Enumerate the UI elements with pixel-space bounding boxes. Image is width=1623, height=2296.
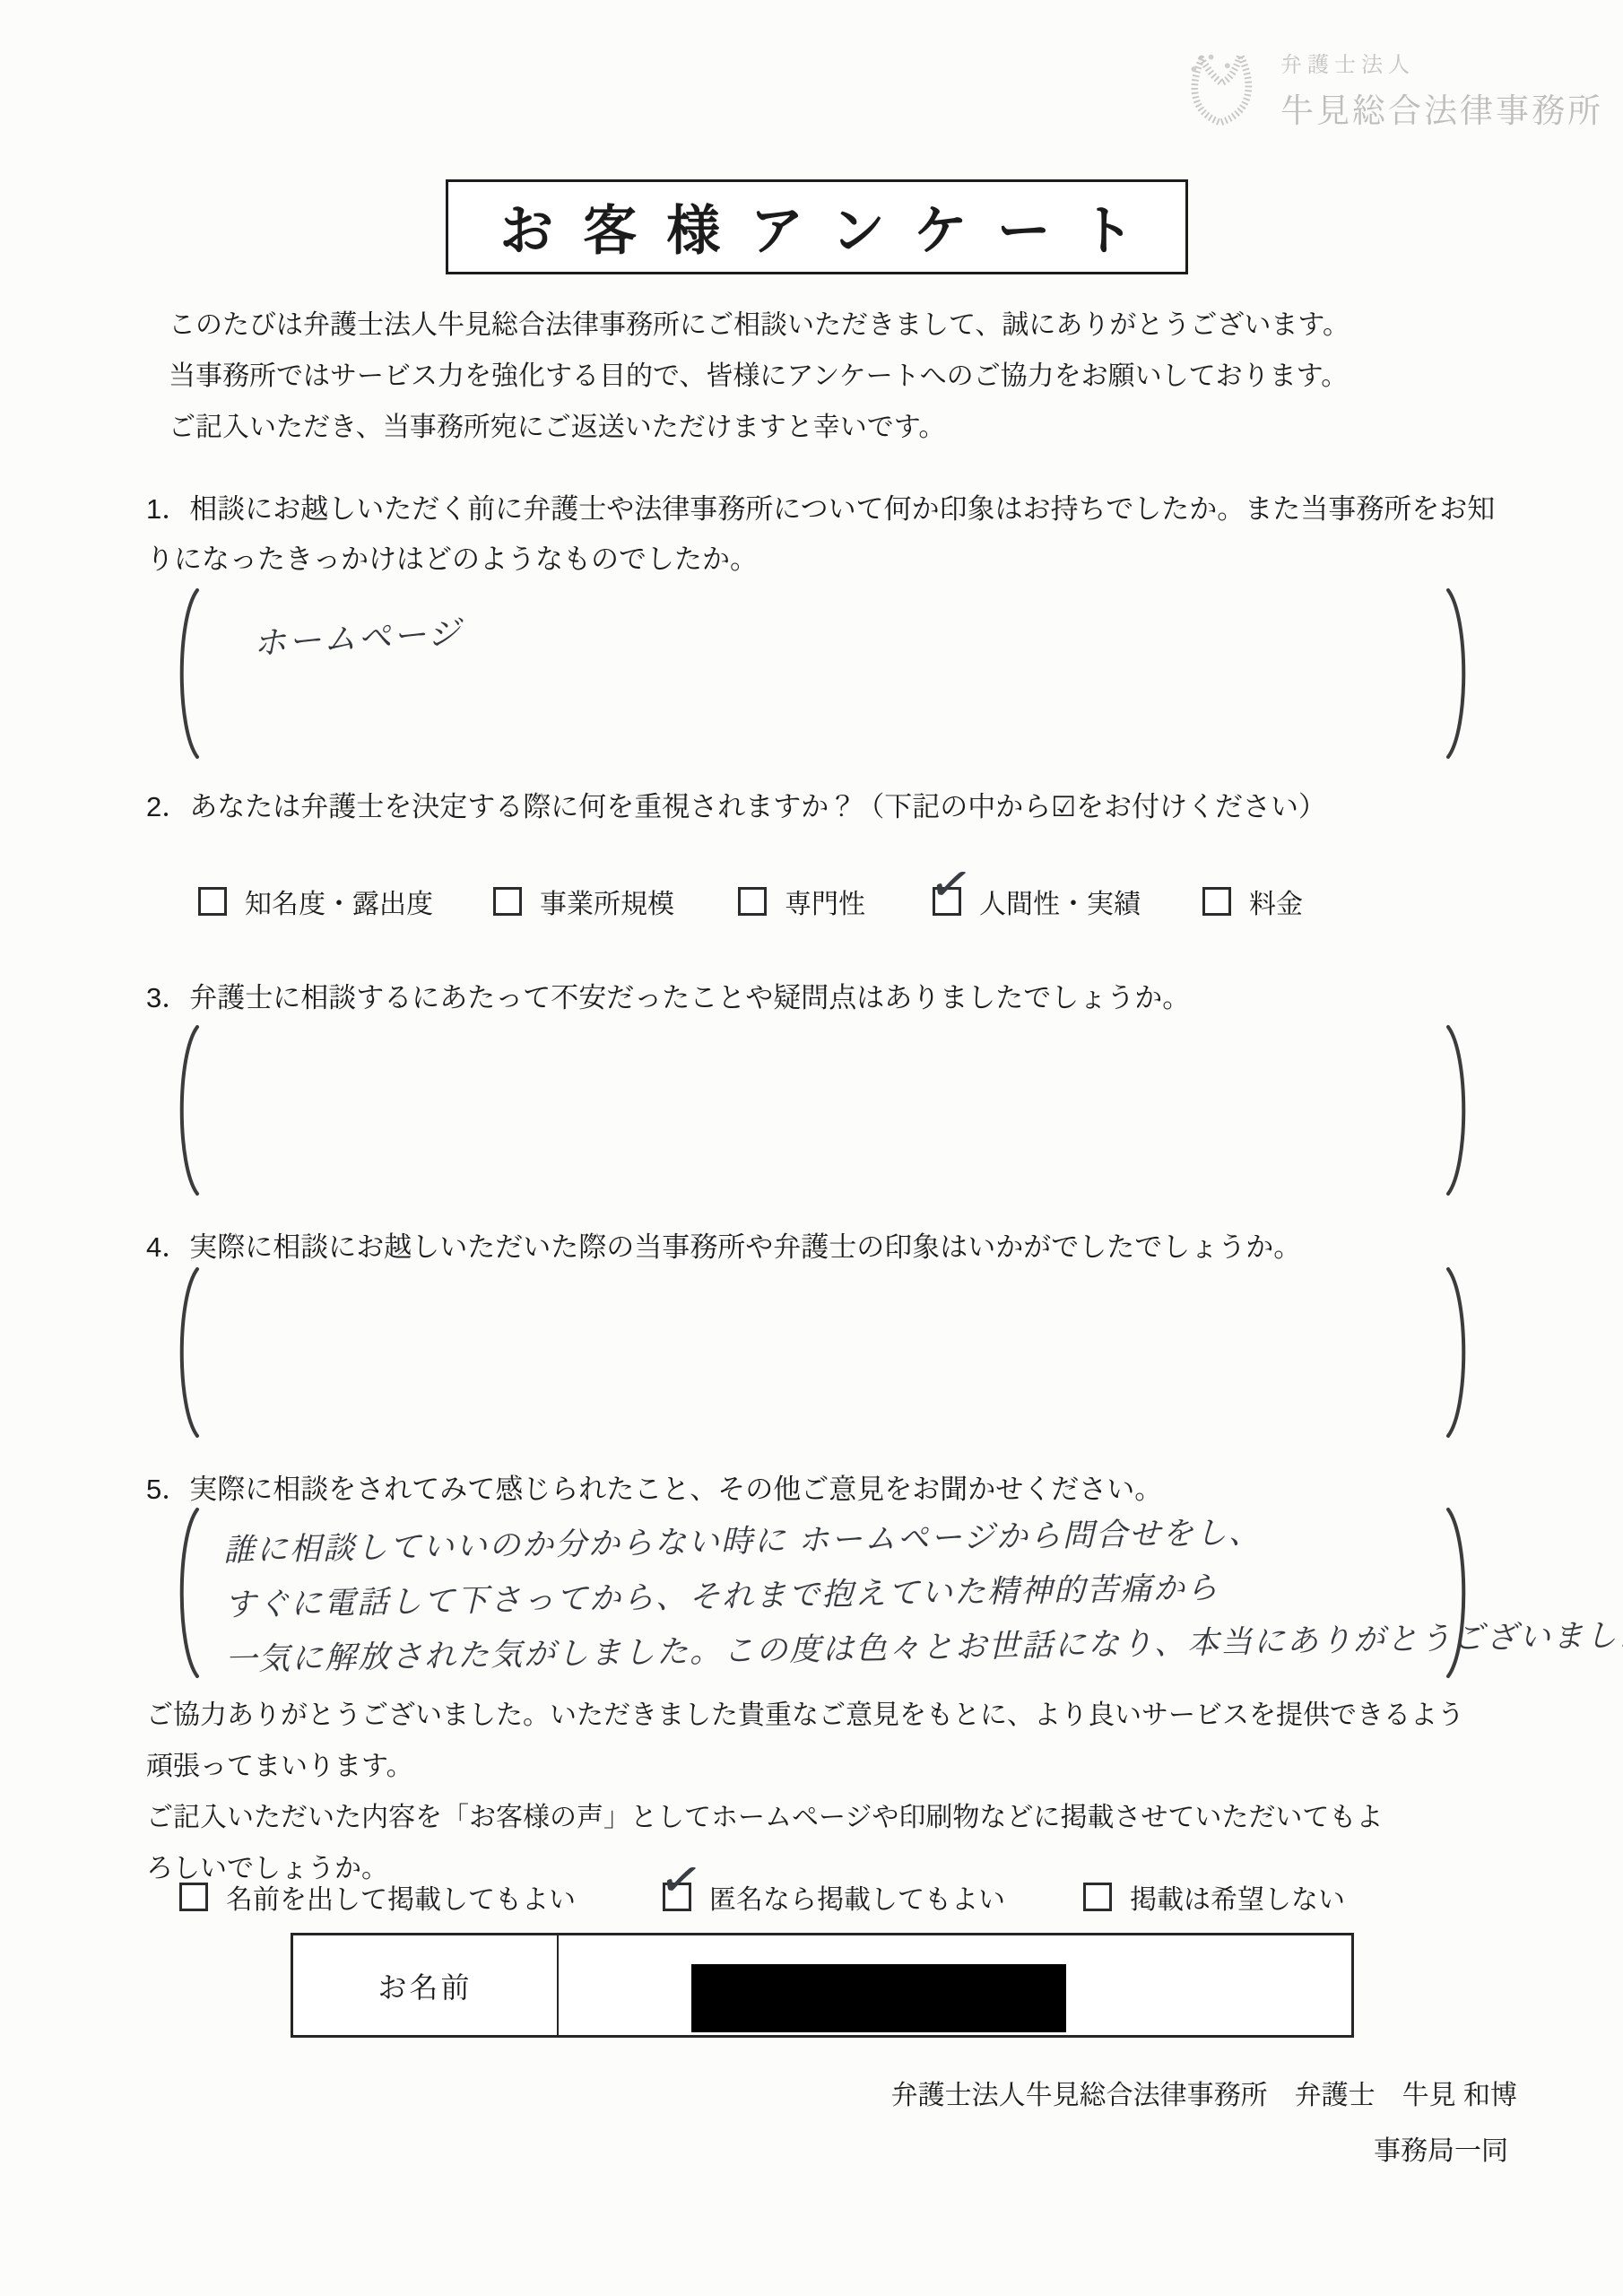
answer-bracket-left-icon	[170, 1024, 201, 1196]
q4-answer-area[interactable]	[170, 1266, 1475, 1439]
pub-option-no-publish: ✓ 掲載は希望しない	[1083, 1876, 1345, 1918]
publication-options-row: ✓ 名前を出して掲載してもよい ✓ 匿名なら掲載してもよい ✓ 掲載は希望しない	[0, 1876, 1623, 1926]
option-label: 知名度・露出度	[245, 882, 433, 921]
checkbox-publish-anonymous[interactable]: ✓	[663, 1883, 691, 1911]
q2-option-personality: ✓ 人間性・実績	[933, 881, 1141, 922]
question-4-label: 4．実際に相談にお越しいただいた際の当事務所や弁護士の印象はいかがでしたでしょう…	[146, 1222, 1520, 1273]
option-label: 掲載は希望しない	[1130, 1877, 1345, 1917]
question-1-label: 1．相談にお越しいただく前に弁護士や法律事務所について何か印象はお持ちでしたか。…	[146, 484, 1520, 585]
q2-option-firm-size: ✓ 事業所規模	[493, 881, 674, 922]
question-1-text: 1．相談にお越しいただく前に弁護士や法律事務所について何か印象はお持ちでしたか。…	[146, 484, 1520, 585]
checkbox-publish-with-name[interactable]: ✓	[179, 1883, 208, 1911]
q3-answer-area[interactable]	[170, 1024, 1475, 1196]
question-3-label: 3．弁護士に相談するにあたって不安だったことや疑問点はありましたでしょうか。	[146, 973, 1520, 1023]
survey-title: お客様アンケート	[499, 188, 1163, 265]
checkbox-no-publish[interactable]: ✓	[1083, 1883, 1112, 1911]
intro-line: このたびは弁護士法人牛見総合法律事務所にご相談いただきまして、誠にありがとうござ…	[169, 300, 1514, 351]
footer-firm-line: 弁護士法人牛見総合法律事務所 弁護士 牛見 和博	[891, 2068, 1517, 2124]
question-2-text: 2．あなたは弁護士を決定する際に何を重視されますか？（下記の中から☑をお付けくだ…	[146, 782, 1520, 832]
name-field-value[interactable]	[559, 1935, 1351, 2035]
answer-bracket-right-icon	[1445, 587, 1475, 760]
firm-logo-icon	[1180, 41, 1266, 142]
option-label: 人間性・実績	[979, 882, 1141, 921]
checkbox-personality[interactable]: ✓	[933, 887, 961, 916]
survey-document: 弁護士法人 牛見総合法律事務所 お客様アンケート このたびは弁護士法人牛見総合法…	[0, 0, 1623, 2296]
firm-type-label: 弁護士法人	[1280, 47, 1603, 78]
question-3-text: 3．弁護士に相談するにあたって不安だったことや疑問点はありましたでしょうか。	[146, 973, 1520, 1023]
closing-paragraph: ご協力ありがとうございました。いただきました貴重なご意見をもとに、より良いサービ…	[146, 1690, 1532, 1894]
redacted-name-value	[691, 1964, 1066, 2032]
footer-staff-line: 事務局一同	[891, 2124, 1517, 2179]
option-label: 事業所規模	[540, 882, 674, 921]
q2-option-expertise: ✓ 専門性	[738, 881, 865, 922]
intro-paragraph: このたびは弁護士法人牛見総合法律事務所にご相談いただきまして、誠にありがとうござ…	[169, 300, 1514, 453]
answer-bracket-right-icon	[1445, 1507, 1475, 1679]
option-label: 名前を出して掲載してもよい	[226, 1877, 576, 1917]
answer-bracket-left-icon	[170, 1266, 201, 1439]
answer-bracket-right-icon	[1445, 1266, 1475, 1439]
q1-answer-area[interactable]: ホームページ	[170, 587, 1475, 760]
q2-option-fee: ✓ 料金	[1202, 881, 1303, 922]
survey-title-box: お客様アンケート	[446, 179, 1188, 274]
answer-bracket-right-icon	[1445, 1024, 1475, 1196]
closing-line: ご協力ありがとうございました。いただきました貴重なご意見をもとに、より良いサービ…	[146, 1690, 1532, 1741]
q2-option-famousness: ✓ 知名度・露出度	[198, 881, 433, 922]
question-4-text: 4．実際に相談にお越しいただいた際の当事務所や弁護士の印象はいかがでしたでしょう…	[146, 1222, 1520, 1273]
pub-option-anonymous: ✓ 匿名なら掲載してもよい	[663, 1876, 1005, 1918]
closing-line: 頑張ってまいります。	[146, 1741, 1532, 1792]
option-label: 料金	[1249, 882, 1303, 921]
question-2-label: 2．あなたは弁護士を決定する際に何を重視されますか？（下記の中から☑をお付けくだ…	[146, 782, 1520, 832]
checkbox-firm-size[interactable]: ✓	[493, 887, 522, 916]
q1-handwritten-answer: ホームページ	[252, 605, 464, 665]
closing-line: ご記入いただいた内容を「お客様の声」としてホームページや印刷物などに掲載させてい…	[146, 1792, 1532, 1843]
q2-options-row: ✓ 知名度・露出度 ✓ 事業所規模 ✓ 専門性 ✓ 人間性・実績 ✓ 料金	[0, 881, 1623, 931]
intro-line: 当事務所ではサービス力を強化する目的で、皆様にアンケートへのご協力をお願いしてお…	[169, 351, 1514, 402]
intro-line: ご記入いただき、当事務所宛にご返送いただけますと幸いです。	[169, 402, 1514, 453]
checkbox-expertise[interactable]: ✓	[738, 887, 767, 916]
q5-answer-area[interactable]: 誰に相談していいのか分からない時に ホームページから問合せをし、 すぐに電話して…	[170, 1507, 1475, 1679]
checkbox-fee[interactable]: ✓	[1202, 887, 1231, 916]
check-icon: ✓	[655, 1851, 706, 1908]
footer-signature: 弁護士法人牛見総合法律事務所 弁護士 牛見 和博 事務局一同	[891, 2068, 1517, 2179]
option-label: 専門性	[785, 882, 865, 921]
pub-option-with-name: ✓ 名前を出して掲載してもよい	[179, 1876, 576, 1918]
name-field-label: お名前	[293, 1935, 559, 2035]
answer-bracket-left-icon	[170, 587, 201, 760]
answer-bracket-left-icon	[170, 1507, 201, 1679]
option-label: 匿名なら掲載してもよい	[709, 1877, 1005, 1917]
firm-logo-text: 弁護士法人 牛見総合法律事務所	[1280, 41, 1603, 132]
firm-name-label: 牛見総合法律事務所	[1280, 83, 1603, 132]
name-table: お名前	[291, 1933, 1354, 2038]
checkbox-famousness[interactable]: ✓	[198, 887, 227, 916]
firm-logo: 弁護士法人 牛見総合法律事務所	[1180, 41, 1603, 142]
check-icon: ✓	[925, 856, 976, 912]
q5-handwritten-answer: 誰に相談していいのか分からない時に ホームページから問合せをし、 すぐに電話して…	[223, 1498, 1623, 1687]
